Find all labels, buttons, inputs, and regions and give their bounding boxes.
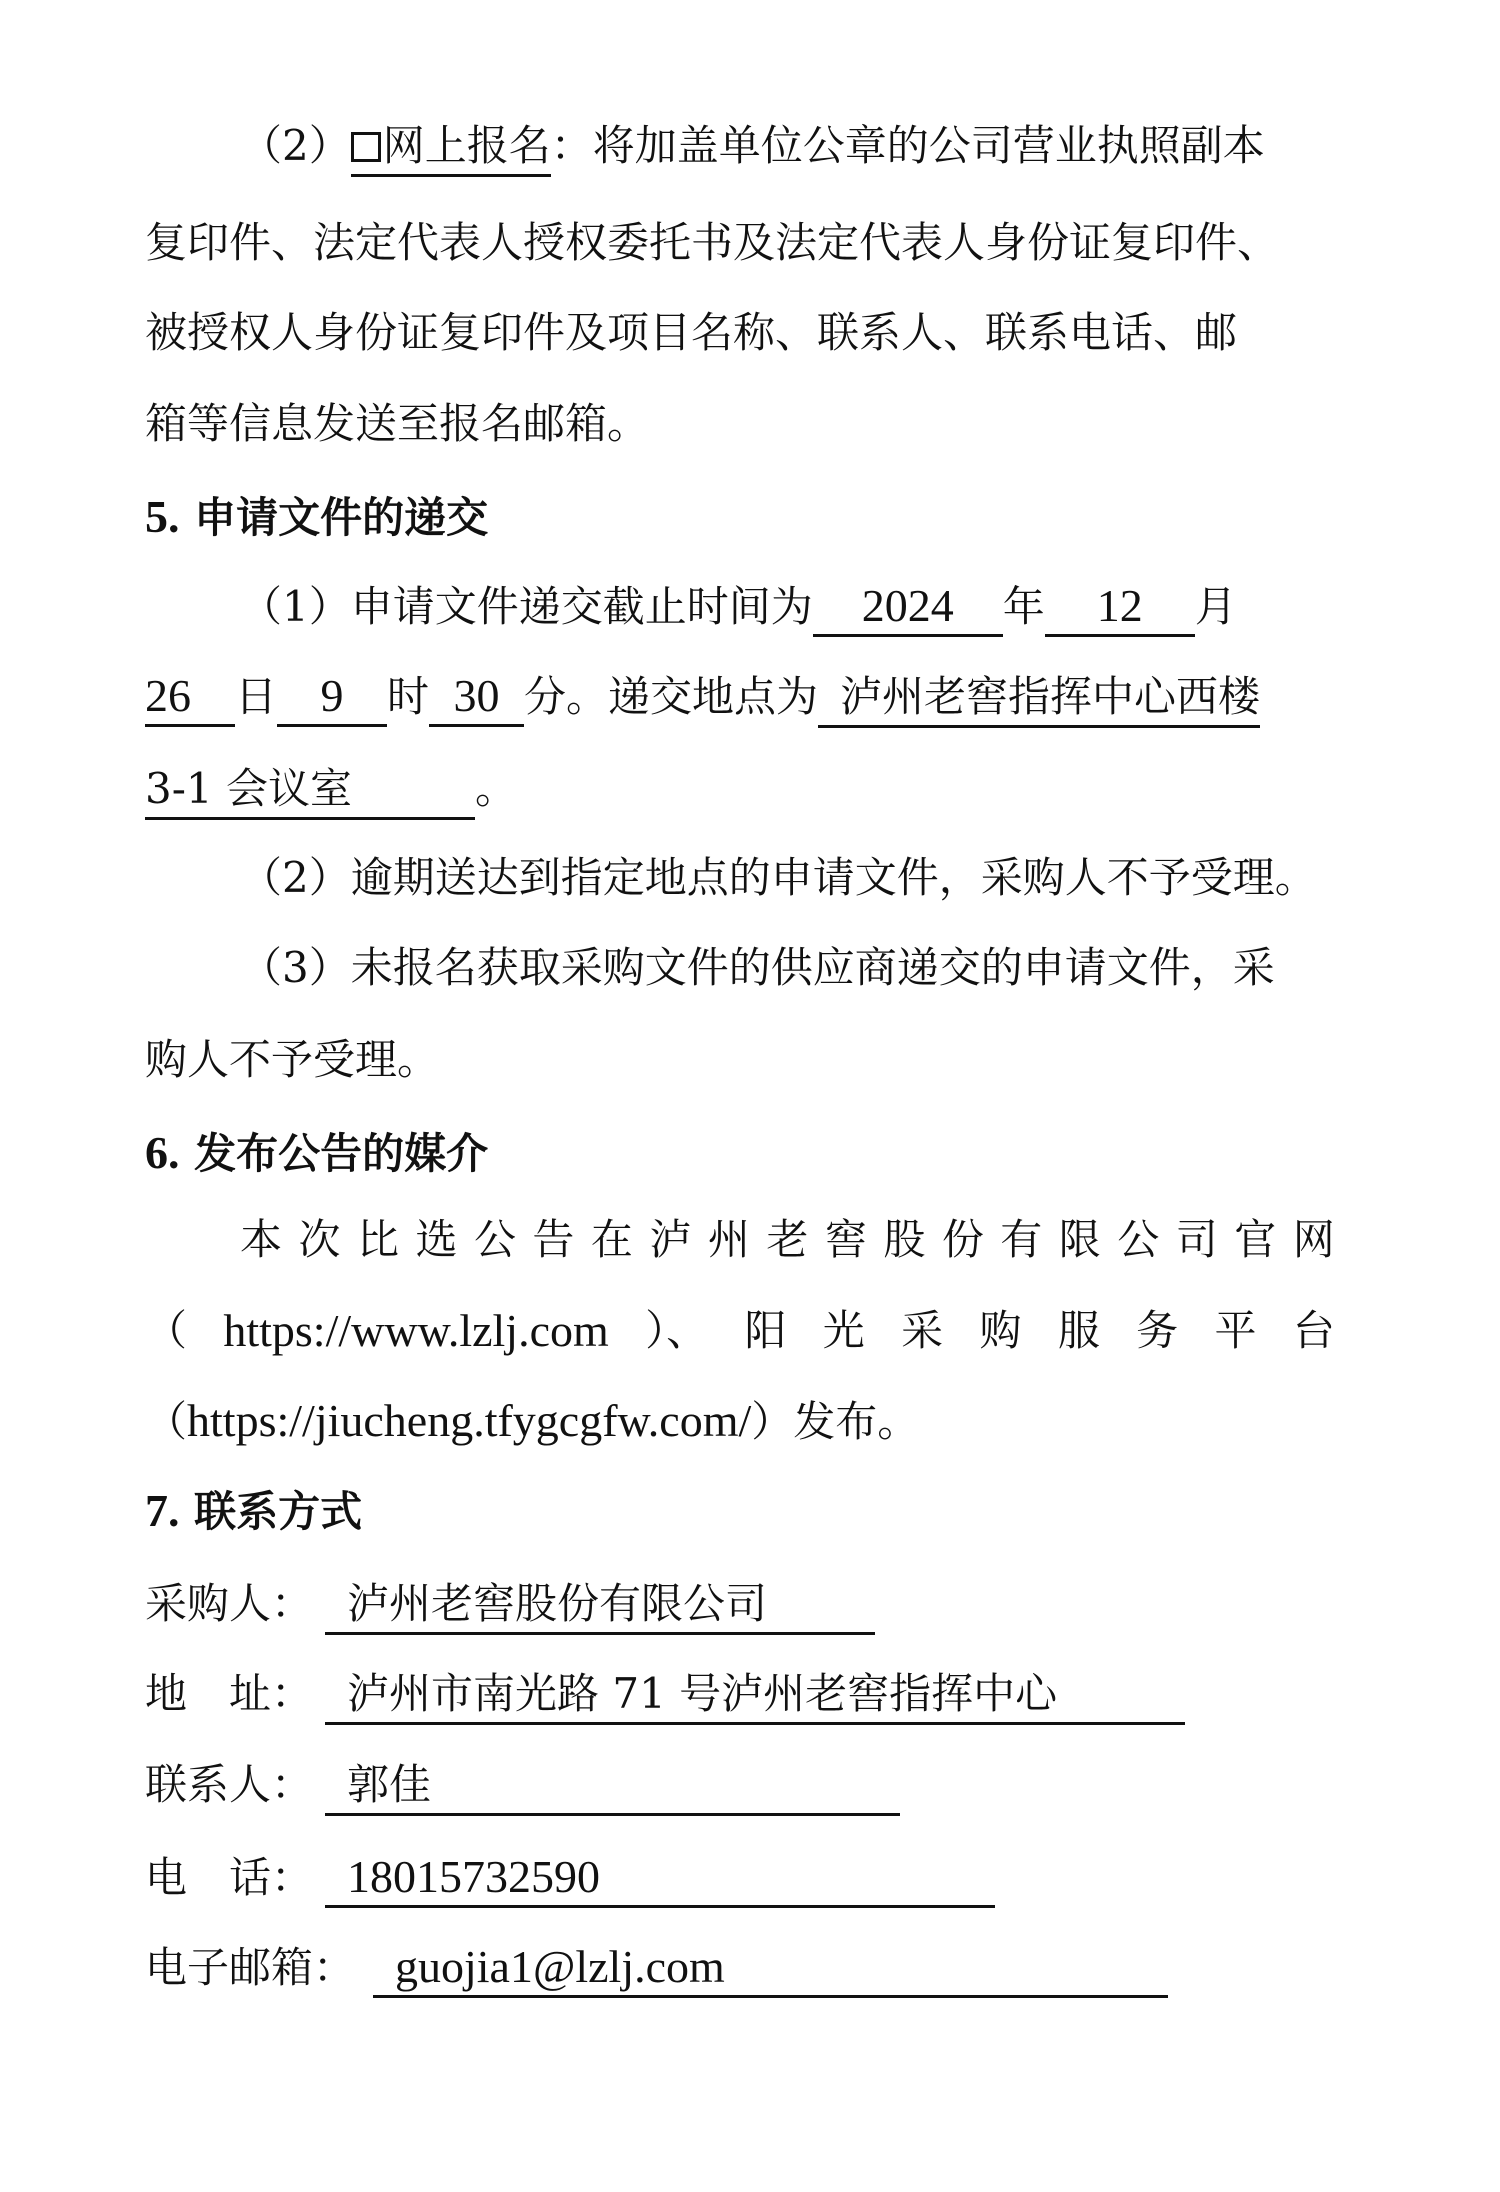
media-line-3: （https://jiucheng.tfygcgfw.com/）发布。: [145, 1389, 1335, 1453]
online-registration-line-3: 被授权人身份证复印件及项目名称、联系人、联系电话、邮: [145, 301, 1335, 365]
online-registration-line-2: 复印件、法定代表人授权委托书及法定代表人身份证复印件、: [145, 211, 1335, 275]
contact-phone: 电 话：18015732590: [145, 1846, 1335, 1910]
delivery-location-2: 3-1 会议室: [145, 761, 475, 820]
contact-address: 地 址：泸州市南光路 71 号泸州老窖指挥中心: [145, 1662, 1335, 1726]
address-value: 泸州市南光路 71 号泸州老窖指挥中心: [325, 1666, 1185, 1725]
online-registration-line-4: 箱等信息发送至报名邮箱。: [145, 392, 1335, 456]
contact-person: 联系人：郭佳: [145, 1753, 1335, 1817]
media-line-1: 本次比选公告在泸州老窖股份有限公司官网: [240, 1208, 1335, 1272]
deadline-time-line: 26日9时30分。递交地点为泸州老窖指挥中心西楼: [145, 665, 1335, 729]
official-website-link[interactable]: https://www.lzlj.com: [223, 1299, 608, 1363]
deadline-year: 2024: [813, 578, 1003, 637]
deadline-month: 12: [1045, 578, 1195, 637]
media-line-2: （https://www.lzlj.com）、阳光采购服务平台: [145, 1299, 1335, 1363]
section-7-heading: 7. 联系方式: [145, 1479, 1335, 1543]
phone-value: 18015732590: [325, 1849, 995, 1908]
item-prefix: （2）: [240, 121, 351, 170]
contact-purchaser: 采购人：泸州老窖股份有限公司: [145, 1572, 1335, 1636]
email-value[interactable]: guojia1@lzlj.com: [373, 1939, 1168, 1998]
deadline-line: （1）申请文件递交截止时间为2024年12月: [240, 575, 1335, 639]
late-submission-rule: （2）逾期送达到指定地点的申请文件，采购人不予受理。: [240, 846, 1335, 910]
online-registration-title: 网上报名: [351, 118, 551, 177]
delivery-location-1: 泸州老窖指挥中心西楼: [818, 669, 1260, 728]
procurement-platform-link[interactable]: https://jiucheng.tfygcgfw.com/: [187, 1395, 751, 1446]
checkbox-icon[interactable]: [351, 132, 381, 162]
contact-person-value: 郭佳: [325, 1757, 900, 1816]
section-6-heading: 6. 发布公告的媒介: [145, 1121, 1335, 1185]
unregistered-rule-line-1: （3）未报名获取采购文件的供应商递交的申请文件，采: [240, 936, 1335, 1000]
purchaser-value: 泸州老窖股份有限公司: [325, 1576, 875, 1635]
deadline-minute: 30: [429, 668, 524, 727]
section-5-heading: 5. 申请文件的递交: [145, 485, 1335, 549]
contact-email: 电子邮箱：guojia1@lzlj.com: [145, 1936, 1335, 2000]
delivery-location-line-2: 3-1 会议室。: [145, 757, 1335, 821]
unregistered-rule-line-2: 购人不予受理。: [145, 1028, 1335, 1092]
deadline-day: 26: [145, 668, 235, 727]
deadline-hour: 9: [277, 668, 387, 727]
online-registration-line-1: （2）网上报名：将加盖单位公章的公司营业执照副本: [240, 114, 1335, 178]
